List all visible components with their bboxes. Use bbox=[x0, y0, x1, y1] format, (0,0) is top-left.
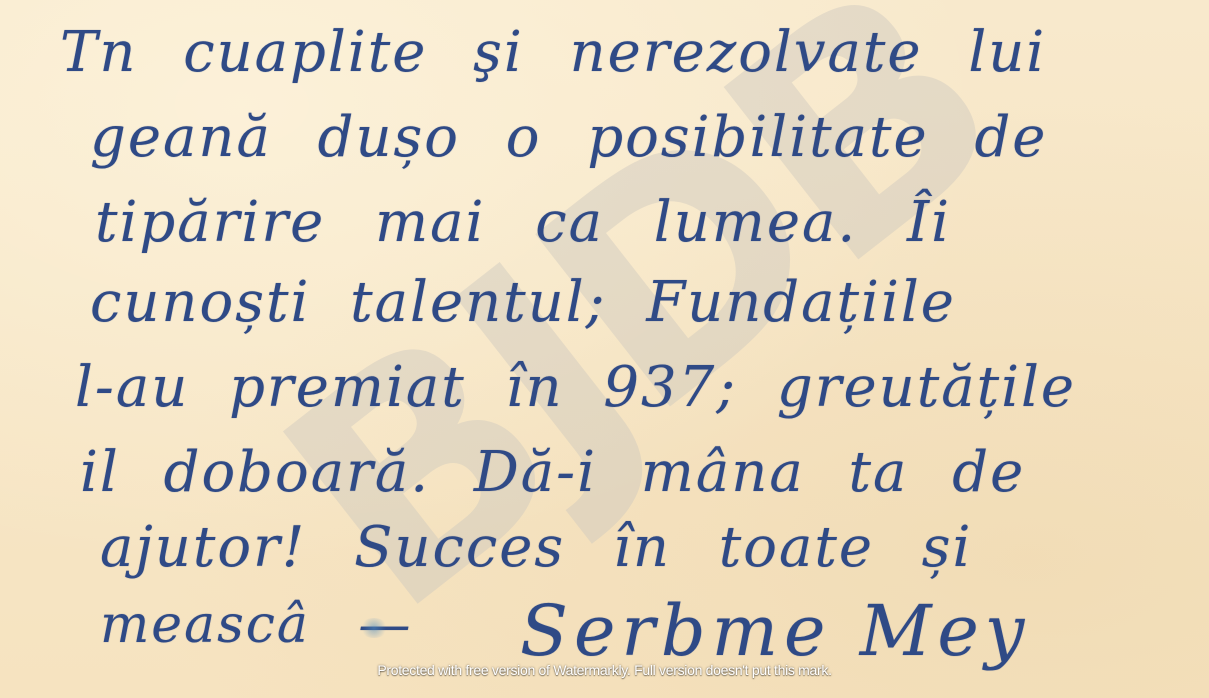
letter-line-4: cunoști talentul; Fundațiile bbox=[90, 270, 956, 335]
letter-line-1: Tn cuaplite şi nerezolvate lui bbox=[60, 20, 1046, 85]
letter-page: BJDB Tn cuaplite şi nerezolvate lui gean… bbox=[0, 0, 1209, 698]
letter-line-6: il doboară. Dă-i mâna ta de bbox=[80, 440, 1025, 505]
watermarkly-notice: Protected with free version of Watermark… bbox=[0, 662, 1209, 678]
letter-line-3: tipărire mai ca lumea. Îi bbox=[95, 190, 951, 255]
letter-line-7: ajutor! Succes în toate și bbox=[100, 515, 972, 580]
ink-blot bbox=[360, 618, 388, 638]
letter-line-2: geană dușo o posibilitate de bbox=[90, 105, 1047, 170]
letter-line-5: l-au premiat în 937; greutățile bbox=[75, 355, 1076, 420]
signature: Serbme Mey bbox=[520, 590, 1030, 672]
